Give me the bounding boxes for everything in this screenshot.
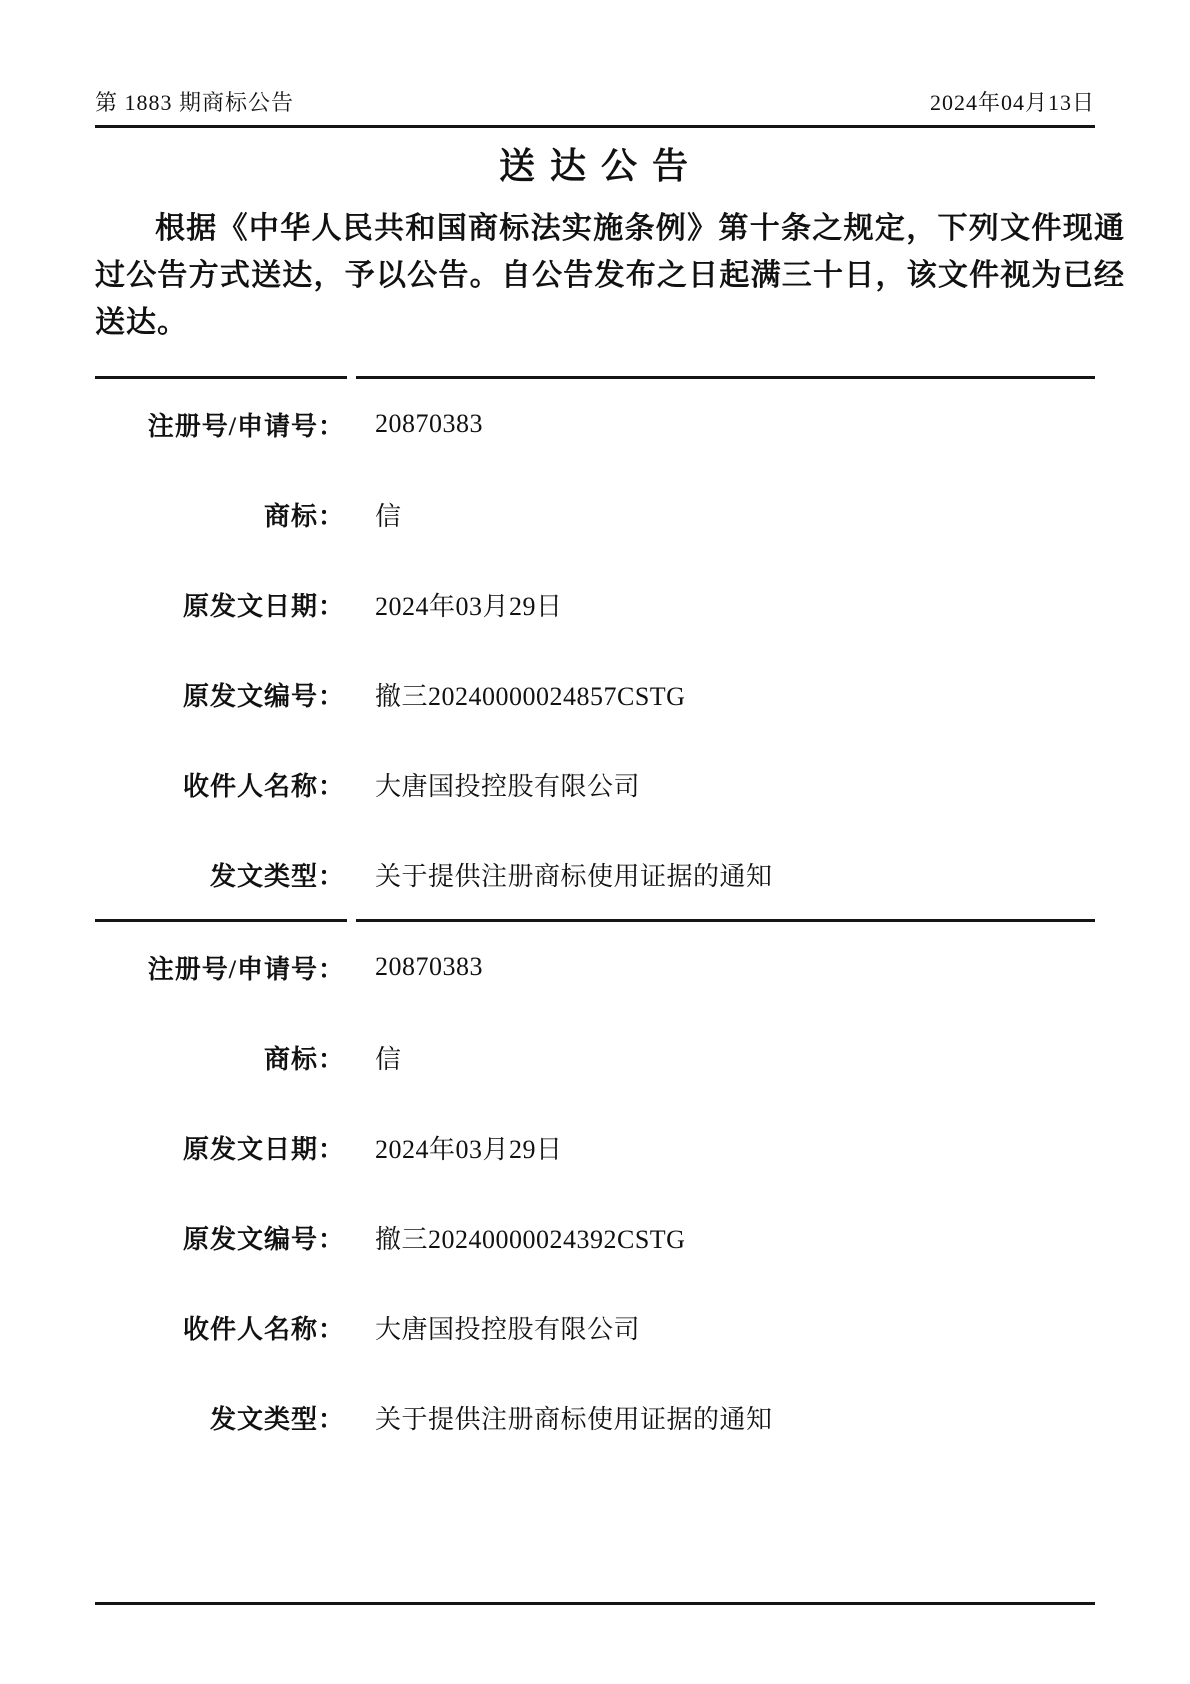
field-row-trademark: 商标： 信	[95, 469, 1095, 559]
page-bottom-divider	[95, 1602, 1095, 1605]
field-label-reg-no: 注册号/申请号：	[95, 406, 345, 443]
field-row-reg-no: 注册号/申请号： 20870383	[95, 922, 1095, 1012]
field-label-orig-no: 原发文编号：	[95, 1219, 345, 1256]
field-value-recipient: 大唐国投控股有限公司	[345, 766, 640, 803]
field-label-recipient: 收件人名称：	[95, 766, 345, 803]
field-value-orig-no: 撤三20240000024857CSTG	[345, 676, 685, 713]
field-value-reg-no: 20870383	[345, 952, 483, 982]
field-value-trademark: 信	[345, 1039, 402, 1076]
field-label-orig-date: 原发文日期：	[95, 1129, 345, 1166]
field-label-trademark: 商标：	[95, 1039, 345, 1076]
field-value-orig-date: 2024年03月29日	[345, 586, 563, 623]
field-label-doc-type: 发文类型：	[95, 856, 345, 893]
field-value-trademark: 信	[345, 496, 402, 533]
field-value-orig-no: 撤三20240000024392CSTG	[345, 1219, 685, 1256]
field-value-recipient: 大唐国投控股有限公司	[345, 1309, 640, 1346]
gazette-issue: 第 1883 期商标公告	[95, 90, 294, 116]
field-value-doc-type: 关于提供注册商标使用证据的通知	[345, 856, 773, 893]
field-label-recipient: 收件人名称：	[95, 1309, 345, 1346]
field-row-doc-type: 发文类型： 关于提供注册商标使用证据的通知	[95, 829, 1095, 919]
record-1: 注册号/申请号： 20870383 商标： 信 原发文日期： 2024年03月2…	[95, 379, 1095, 919]
header-divider	[95, 125, 1095, 128]
field-value-reg-no: 20870383	[345, 409, 483, 439]
gazette-page: 第 1883 期商标公告 2024年04月13日 送 达 公 告 根据《中华人民…	[0, 0, 1190, 1684]
field-label-doc-type: 发文类型：	[95, 1399, 345, 1436]
field-label-orig-date: 原发文日期：	[95, 586, 345, 623]
intro-paragraph: 根据《中华人民共和国商标法实施条例》第十条之规定，下列文件现通过公告方式送达，予…	[95, 205, 1125, 346]
field-row-doc-type: 发文类型： 关于提供注册商标使用证据的通知	[95, 1372, 1095, 1462]
field-row-orig-date: 原发文日期： 2024年03月29日	[95, 1102, 1095, 1192]
field-row-recipient: 收件人名称： 大唐国投控股有限公司	[95, 739, 1095, 829]
field-row-orig-no: 原发文编号： 撤三20240000024857CSTG	[95, 649, 1095, 739]
gazette-date: 2024年04月13日	[930, 90, 1095, 116]
record-2: 注册号/申请号： 20870383 商标： 信 原发文日期： 2024年03月2…	[95, 922, 1095, 1462]
record-divider-top	[95, 376, 1095, 379]
field-row-orig-no: 原发文编号： 撤三20240000024392CSTG	[95, 1192, 1095, 1282]
field-row-recipient: 收件人名称： 大唐国投控股有限公司	[95, 1282, 1095, 1372]
field-label-orig-no: 原发文编号：	[95, 676, 345, 713]
field-label-trademark: 商标：	[95, 496, 345, 533]
field-row-trademark: 商标： 信	[95, 1012, 1095, 1102]
field-row-orig-date: 原发文日期： 2024年03月29日	[95, 559, 1095, 649]
page-title: 送 达 公 告	[95, 142, 1095, 190]
field-value-doc-type: 关于提供注册商标使用证据的通知	[345, 1399, 773, 1436]
field-label-reg-no: 注册号/申请号：	[95, 949, 345, 986]
record-divider-middle	[95, 919, 1095, 922]
records-table: 注册号/申请号： 20870383 商标： 信 原发文日期： 2024年03月2…	[95, 376, 1095, 1462]
field-value-orig-date: 2024年03月29日	[345, 1129, 563, 1166]
page-header: 第 1883 期商标公告 2024年04月13日	[95, 90, 1095, 116]
field-row-reg-no: 注册号/申请号： 20870383	[95, 379, 1095, 469]
